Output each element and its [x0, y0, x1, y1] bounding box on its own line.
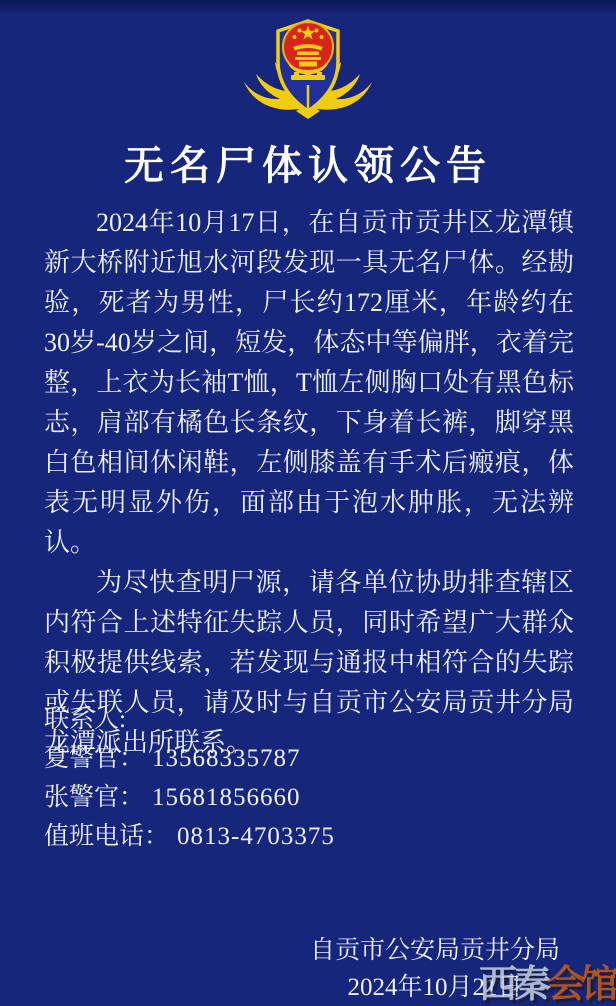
- emblem-container: [0, 11, 616, 121]
- contact-label: 夏警官：: [44, 745, 144, 772]
- contacts-heading: 联系人:: [44, 700, 335, 739]
- notice-paragraph-1: 2024年10月17日，在自贡市贡井区龙潭镇新大桥附近旭水河段发现一具无名尸体。…: [44, 203, 574, 563]
- contact-phone: 15681856660: [152, 784, 301, 811]
- contact-label: 张警官：: [44, 784, 144, 811]
- contact-label: 值班电话：: [44, 823, 169, 850]
- contact-line-zhang: 张警官：15681856660: [44, 778, 335, 817]
- police-badge-icon: [242, 11, 374, 121]
- contact-line-xia: 夏警官：13568335787: [44, 739, 335, 778]
- notice-title: 无名尸体认领公告: [0, 134, 616, 191]
- contact-phone: 13568335787: [152, 745, 301, 772]
- watermark-part1: 西秦: [479, 964, 547, 1006]
- contact-line-duty: 值班电话：0813-4703375: [44, 817, 335, 856]
- contacts-block: 联系人: 夏警官：13568335787 张警官：15681856660 值班电…: [44, 700, 335, 856]
- watermark: 西秦会馆: [479, 966, 615, 1004]
- contact-phone: 0813-4703375: [177, 823, 335, 850]
- watermark-part2: 会馆: [547, 964, 615, 1006]
- notice-body: 2024年10月17日，在自贡市贡井区龙潭镇新大桥附近旭水河段发现一具无名尸体。…: [44, 203, 574, 763]
- notice-poster: 无名尸体认领公告 2024年10月17日，在自贡市贡井区龙潭镇新大桥附近旭水河段…: [0, 0, 616, 1006]
